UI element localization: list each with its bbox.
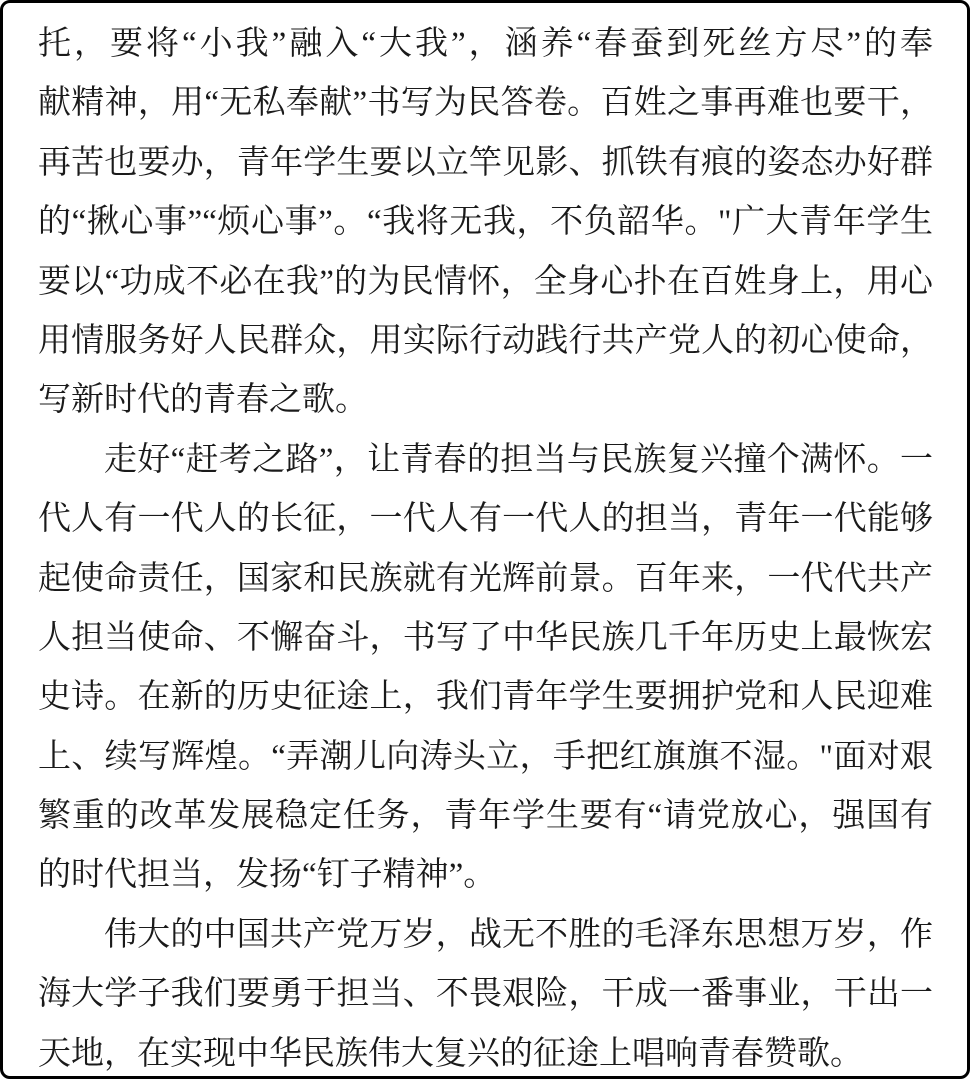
text-line: 伟大的中国共产党万岁，战无不胜的毛泽东思想万岁，作为 — [38, 906, 933, 965]
text-line: 再苦也要办，青年学生要以立竿见影、抓铁有痕的姿态办好群众 — [38, 134, 933, 193]
text-line: 走好“赶考之路”，让青春的担当与民族复兴撞个满怀。一 — [38, 431, 933, 490]
text-line: 托，要将“小我”融入“大我”，涵养“春蚕到死丝方尽”的奉 — [38, 15, 933, 74]
text-line: 上、续写辉煌。“弄潮儿向涛头立，手把红旗旗不湿。"面对艰巨 — [38, 728, 933, 787]
text-line: 海大学子我们要勇于担当、不畏艰险，干成一番事业，干出一片 — [38, 965, 933, 1024]
text-line: 写新时代的青春之歌。 — [38, 371, 933, 430]
document-page: 托，要将“小我”融入“大我”，涵养“春蚕到死丝方尽”的奉 献精神，用“无私奉献”… — [0, 0, 970, 1079]
text-line: 要以“功成不必在我”的为民情怀，全身心扑在百姓身上，用心 — [38, 253, 933, 312]
text-line: 的“揪心事”“烦心事”。“我将无我，不负韶华。"广大青年学生 — [38, 193, 933, 252]
text-line: 天地，在实现中华民族伟大复兴的征途上唱响青春赞歌。 — [38, 1025, 933, 1079]
text-line: 繁重的改革发展稳定任务，青年学生要有“请党放心，强国有我” — [38, 787, 933, 846]
text-line: 献精神，用“无私奉献”书写为民答卷。百姓之事再难也要干， — [38, 74, 933, 133]
text-line: 史诗。在新的历史征途上，我们青年学生要拥护党和人民迎难而 — [38, 668, 933, 727]
text-line: 用情服务好人民群众，用实际行动践行共产党人的初心使命，谱 — [38, 312, 933, 371]
text-line: 起使命责任，国家和民族就有光辉前景。百年来，一代代共产党 — [38, 550, 933, 609]
text-line: 的时代担当，发扬“钉子精神”。 — [38, 846, 933, 905]
text-line: 人担当使命、不懈奋斗，书写了中华民族几千年历史上最恢宏的 — [38, 609, 933, 668]
text-line: 代人有一代人的长征，一代人有一代人的担当，青年一代能够扛 — [38, 490, 933, 549]
